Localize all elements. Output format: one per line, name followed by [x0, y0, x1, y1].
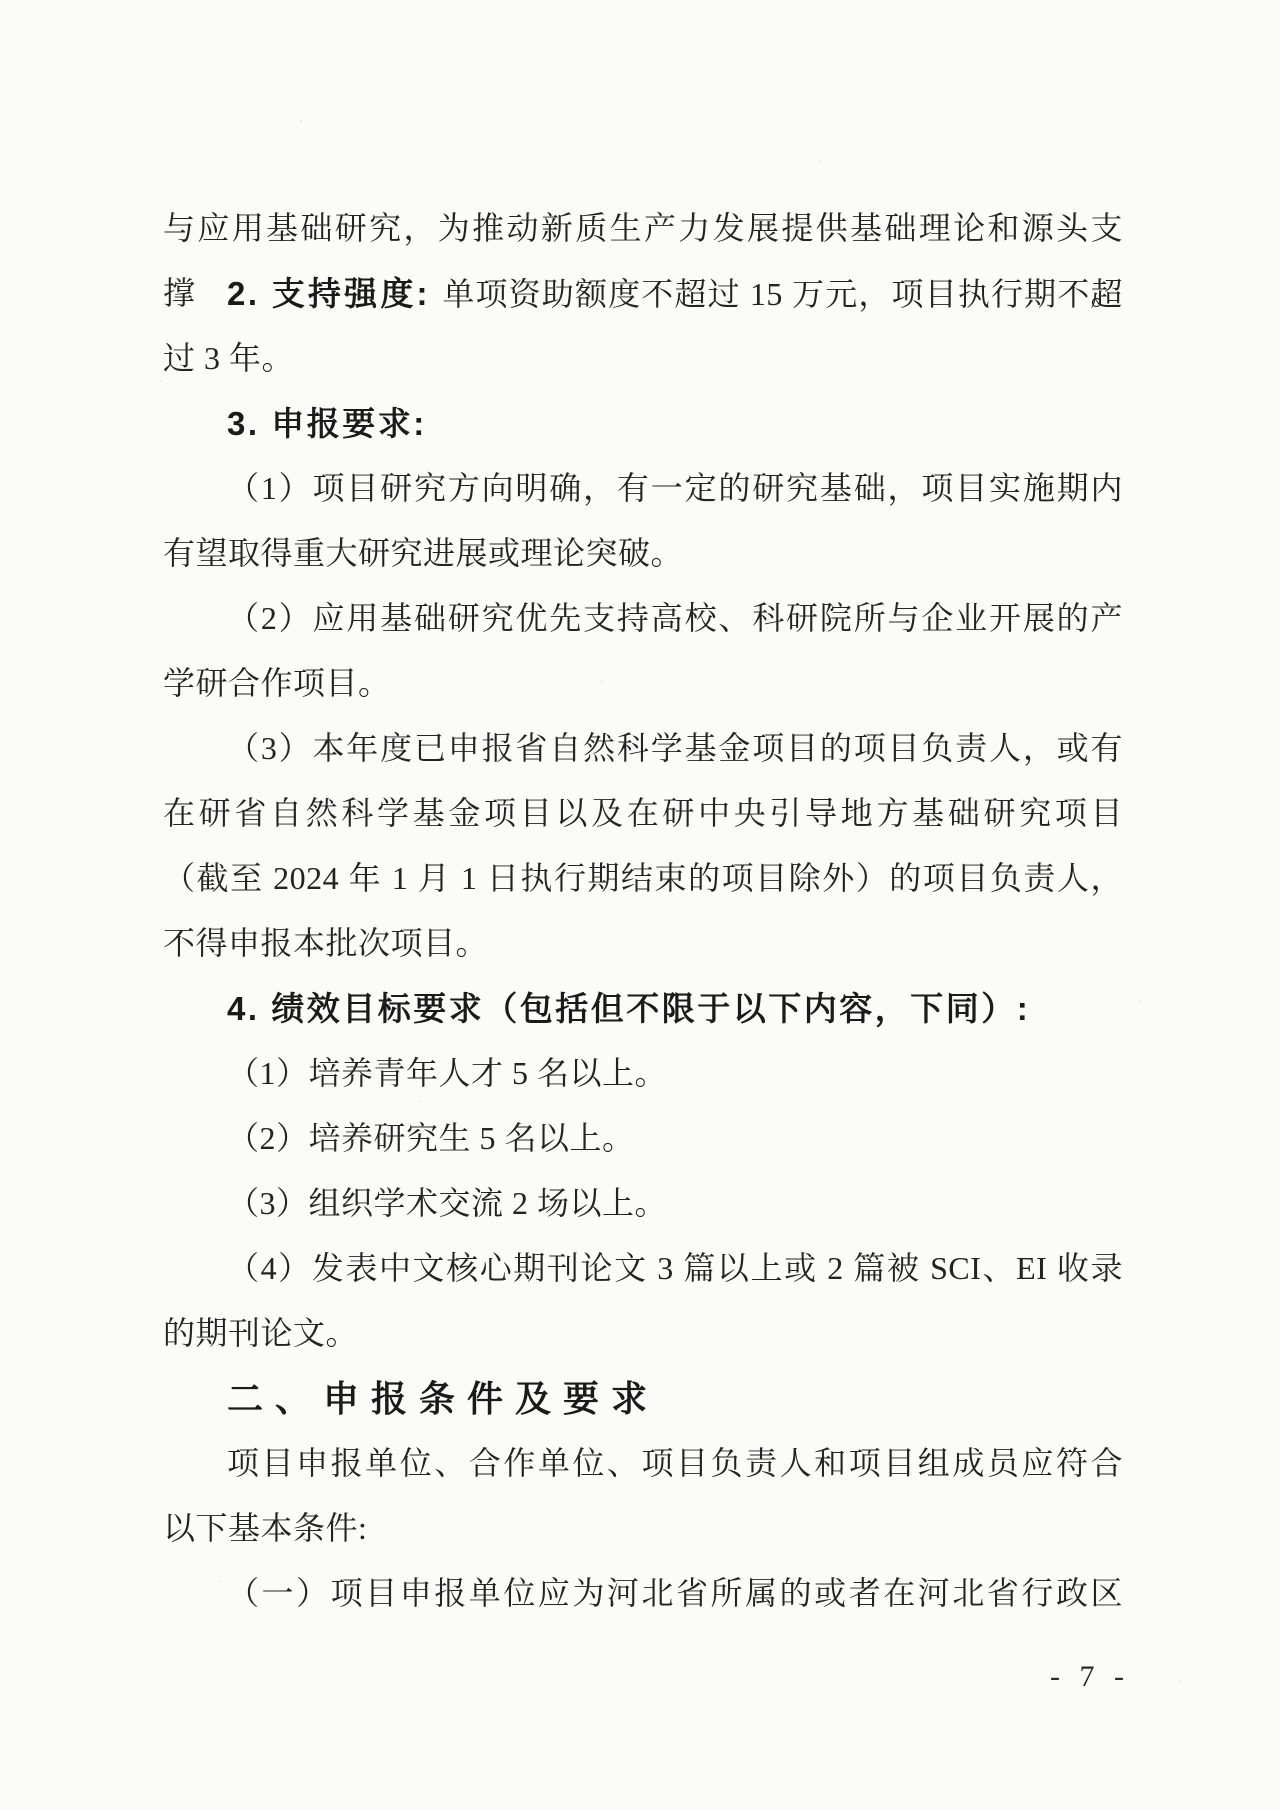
text-line: 以下基本条件:: [163, 1496, 1123, 1561]
text-line: 过 3 年。: [163, 326, 1123, 391]
text-line: 4. 绩效目标要求（包括但不限于以下内容，下同）:: [163, 976, 1123, 1041]
text-line: 有望取得重大研究进展或理论突破。: [163, 521, 1123, 586]
body-text: 以下基本条件:: [163, 1510, 367, 1546]
body-text: （3）组织学术交流 2 场以上。: [227, 1185, 667, 1221]
text-line: 二、申报条件及要求: [163, 1366, 1123, 1431]
body-text: 过 3 年。: [163, 340, 294, 376]
text-line: 的期刊论文。: [163, 1301, 1123, 1366]
body-text: 学研合作项目。: [163, 665, 391, 701]
body-text: 项目申报单位、合作单位、项目负责人和项目组成员应符合: [227, 1445, 1123, 1481]
body-text: （2）培养研究生 5 名以上。: [227, 1120, 635, 1156]
document-text-block: 与应用基础研究，为推动新质生产力发展提供基础理论和源头支撑。2. 支持强度: 单…: [163, 196, 1123, 1626]
inline-heading-text: 2. 支持强度:: [227, 275, 442, 312]
body-text: 有望取得重大研究进展或理论突破。: [163, 535, 683, 571]
page-number: - 7 -: [1050, 1660, 1130, 1694]
text-line: （3）本年度已申报省自然科学基金项目的项目负责人，或有: [163, 716, 1123, 781]
body-text: （1）培养青年人才 5 名以上。: [227, 1055, 667, 1091]
text-line: （截至 2024 年 1 月 1 日执行期结束的项目除外）的项目负责人，: [163, 846, 1123, 911]
text-line: （4）发表中文核心期刊论文 3 篇以上或 2 篇被 SCI、EI 收录: [163, 1236, 1123, 1301]
body-text: （1）项目研究方向明确，有一定的研究基础，项目实施期内: [227, 470, 1123, 506]
document-page: 与应用基础研究，为推动新质生产力发展提供基础理论和源头支撑。2. 支持强度: 单…: [0, 0, 1280, 1810]
body-text: （截至 2024 年 1 月 1 日执行期结束的项目除外）的项目负责人，: [163, 860, 1123, 896]
body-text: 单项资助额度不超过 15 万元，项目执行期不超: [442, 276, 1123, 312]
body-text: 在研省自然科学基金项目以及在研中央引导地方基础研究项目: [163, 795, 1123, 831]
inline-heading-text: 3. 申报要求:: [227, 405, 427, 442]
text-line: （2）培养研究生 5 名以上。: [163, 1106, 1123, 1171]
text-line: （3）组织学术交流 2 场以上。: [163, 1171, 1123, 1236]
text-line: 学研合作项目。: [163, 651, 1123, 716]
body-text: 的期刊论文。: [163, 1315, 358, 1351]
text-line: 与应用基础研究，为推动新质生产力发展提供基础理论和源头支撑。: [163, 196, 1123, 261]
text-line: 项目申报单位、合作单位、项目负责人和项目组成员应符合: [163, 1431, 1123, 1496]
text-line: 在研省自然科学基金项目以及在研中央引导地方基础研究项目: [163, 781, 1123, 846]
text-line: 不得申报本批次项目。: [163, 911, 1123, 976]
body-text: （一）项目申报单位应为河北省所属的或者在河北省行政区: [227, 1575, 1123, 1611]
section-heading-text: 二、申报条件及要求: [227, 1378, 659, 1419]
body-text: 不得申报本批次项目。: [163, 925, 488, 961]
text-line: 2. 支持强度: 单项资助额度不超过 15 万元，项目执行期不超: [163, 261, 1123, 326]
body-text: （2）应用基础研究优先支持高校、科研院所与企业开展的产: [227, 600, 1123, 636]
inline-heading-text: 4. 绩效目标要求（包括但不限于以下内容，下同）:: [227, 990, 1030, 1027]
text-line: （1）项目研究方向明确，有一定的研究基础，项目实施期内: [163, 456, 1123, 521]
text-line: （一）项目申报单位应为河北省所属的或者在河北省行政区: [163, 1561, 1123, 1626]
text-line: （1）培养青年人才 5 名以上。: [163, 1041, 1123, 1106]
body-text: （4）发表中文核心期刊论文 3 篇以上或 2 篇被 SCI、EI 收录: [227, 1250, 1123, 1286]
body-text: （3）本年度已申报省自然科学基金项目的项目负责人，或有: [227, 730, 1123, 766]
text-line: 3. 申报要求:: [163, 391, 1123, 456]
text-line: （2）应用基础研究优先支持高校、科研院所与企业开展的产: [163, 586, 1123, 651]
